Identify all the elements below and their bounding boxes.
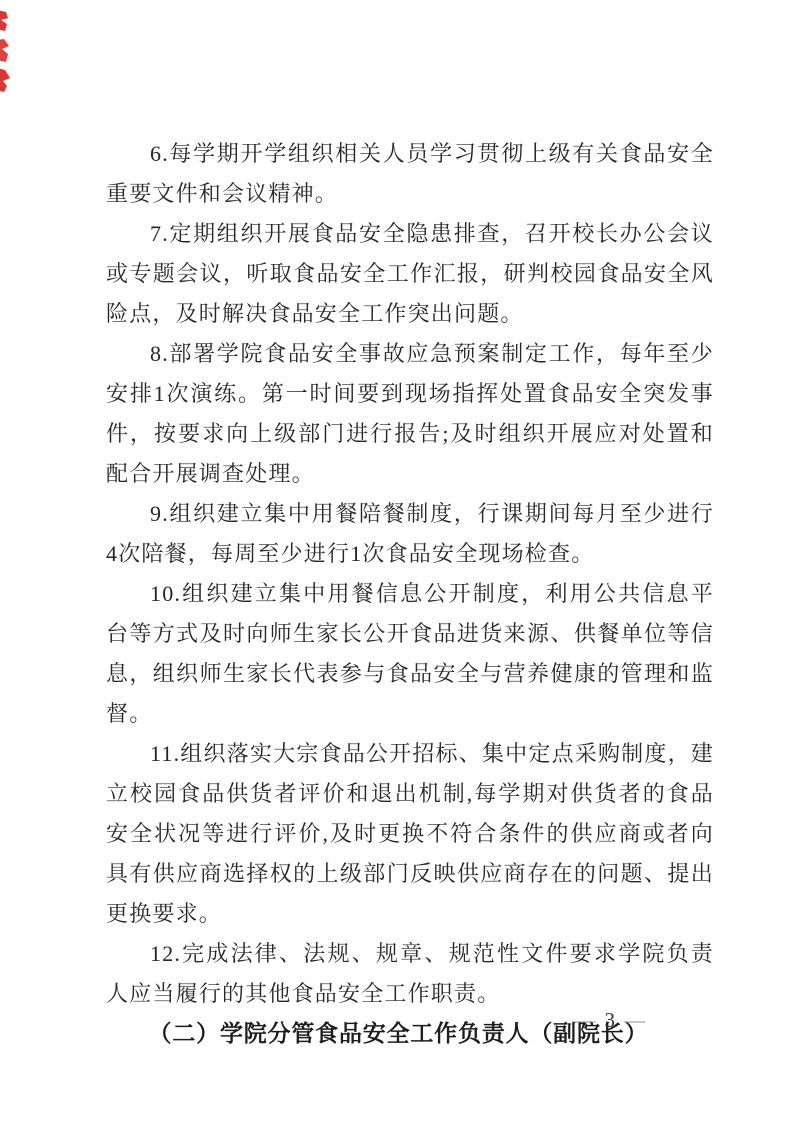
paragraph-7: 7.定期组织开展食品安全隐患排查，召开校长办公会议或专题会议，听取食品安全工作汇… <box>106 214 714 334</box>
footer-dash-left: — <box>566 1008 605 1032</box>
paragraph-11: 11.组织落实大宗食品公开招标、集中定点采购制度，建立校园食品供货者评价和退出机… <box>106 734 714 934</box>
document-body: 6.每学期开学组织相关人员学习贯彻上级有关食品安全重要文件和会议精神。 7.定期… <box>106 134 714 1054</box>
paragraph-9: 9.组织建立集中用餐陪餐制度，行课期间每月至少进行4次陪餐，每周至少进行1次食品… <box>106 494 714 574</box>
document-page: 6.每学期开学组织相关人员学习贯彻上级有关食品安全重要文件和会议精神。 7.定期… <box>0 0 800 1131</box>
footer-dash-right: — <box>615 1008 654 1032</box>
paragraph-6: 6.每学期开学组织相关人员学习贯彻上级有关食品安全重要文件和会议精神。 <box>106 134 714 214</box>
paragraph-8: 8.部署学院食品安全事故应急预案制定工作，每年至少安排1次演练。第一时间要到现场… <box>106 334 714 494</box>
paragraph-12: 12.完成法律、法规、规章、规范性文件要求学院负责人应当履行的其他食品安全工作职… <box>106 934 714 1014</box>
page-number: 3 <box>605 1008 616 1032</box>
red-stamp-fragment-icon <box>0 6 15 94</box>
page-footer: —3— <box>566 1006 655 1034</box>
paragraph-10: 10.组织建立集中用餐信息公开制度，利用公共信息平台等方式及时向师生家长公开食品… <box>106 574 714 734</box>
